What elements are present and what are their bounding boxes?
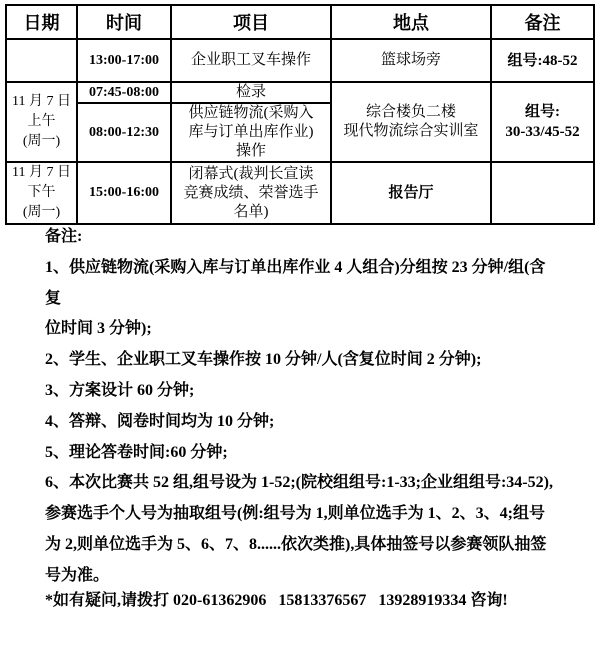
- header-date: 日期: [6, 5, 77, 39]
- header-time: 时间: [77, 5, 171, 39]
- cell-time-row1: 13:00-17:00: [77, 39, 171, 82]
- table-row: 11 月 7 日 下午 (周一) 15:00-16:00 闭幕式(裁判长宣读 竞…: [6, 162, 594, 224]
- notes-title: 备注:: [45, 222, 561, 253]
- cell-date-afternoon: 11 月 7 日 下午 (周一): [6, 162, 77, 224]
- cell-event-row4: 闭幕式(裁判长宣读 竞赛成绩、荣誉选手 名单): [171, 162, 331, 224]
- table-header-row: 日期 时间 项目 地点 备注: [6, 5, 594, 39]
- table-row: 13:00-17:00 企业职工叉车操作 篮球场旁 组号:48-52: [6, 39, 594, 82]
- note-line-10: 号为准。: [45, 561, 561, 592]
- schedule-table: 日期 时间 项目 地点 备注 13:00-17:00 企业职工叉车操作 篮球场旁…: [5, 4, 595, 225]
- note-line-9: 为 2,则单位选手为 5、6、7、8......依次类推),具体抽签号以参赛领队…: [45, 530, 561, 561]
- document-page: 日期 时间 项目 地点 备注 13:00-17:00 企业职工叉车操作 篮球场旁…: [0, 0, 600, 645]
- cell-note-row4: [491, 162, 594, 224]
- header-location: 地点: [331, 5, 491, 39]
- header-note: 备注: [491, 5, 594, 39]
- cell-location-morning: 综合楼负二楼 现代物流综合实训室: [331, 82, 491, 162]
- note-line-4: 3、方案设计 60 分钟;: [45, 376, 561, 407]
- cell-event-row3: 供应链物流(采购入 库与订单出库作业) 操作: [171, 103, 331, 162]
- cell-date-morning: 11 月 7 日 上午 (周一): [6, 82, 77, 162]
- notes-section: 备注: 1、供应链物流(采购入库与订单出库作业 4 人组合)分组按 23 分钟/…: [45, 222, 561, 592]
- note-line-6: 5、理论答卷时间:60 分钟;: [45, 438, 561, 469]
- note-line-7: 6、本次比赛共 52 组,组号设为 1-52;(院校组组号:1-33;企业组组号…: [45, 468, 561, 499]
- note-line-2: 位时间 3 分钟);: [45, 314, 561, 345]
- table-row: 11 月 7 日 上午 (周一) 07:45-08:00 检录 综合楼负二楼 现…: [6, 82, 594, 103]
- note-line-8: 参赛选手个人号为抽取组号(例:组号为 1,则单位选手为 1、2、3、4;组号: [45, 499, 561, 530]
- cell-note-morning: 组号: 30-33/45-52: [491, 82, 594, 162]
- cell-event-row2: 检录: [171, 82, 331, 103]
- cell-event-row1: 企业职工叉车操作: [171, 39, 331, 82]
- note-line-1: 1、供应链物流(采购入库与订单出库作业 4 人组合)分组按 23 分钟/组(含复: [45, 253, 561, 315]
- cell-time-row2: 07:45-08:00: [77, 82, 171, 103]
- cell-location-row4: 报告厅: [331, 162, 491, 224]
- cell-time-row3: 08:00-12:30: [77, 103, 171, 162]
- cell-time-row4: 15:00-16:00: [77, 162, 171, 224]
- cell-date-row1: [6, 39, 77, 82]
- header-event: 项目: [171, 5, 331, 39]
- note-line-5: 4、答辩、阅卷时间均为 10 分钟;: [45, 407, 561, 438]
- note-line-3: 2、学生、企业职工叉车操作按 10 分钟/人(含复位时间 2 分钟);: [45, 345, 561, 376]
- cell-note-row1: 组号:48-52: [491, 39, 594, 82]
- contact-line: *如有疑问,请拨打 020-61362906 15813376567 13928…: [45, 590, 565, 612]
- cell-location-row1: 篮球场旁: [331, 39, 491, 82]
